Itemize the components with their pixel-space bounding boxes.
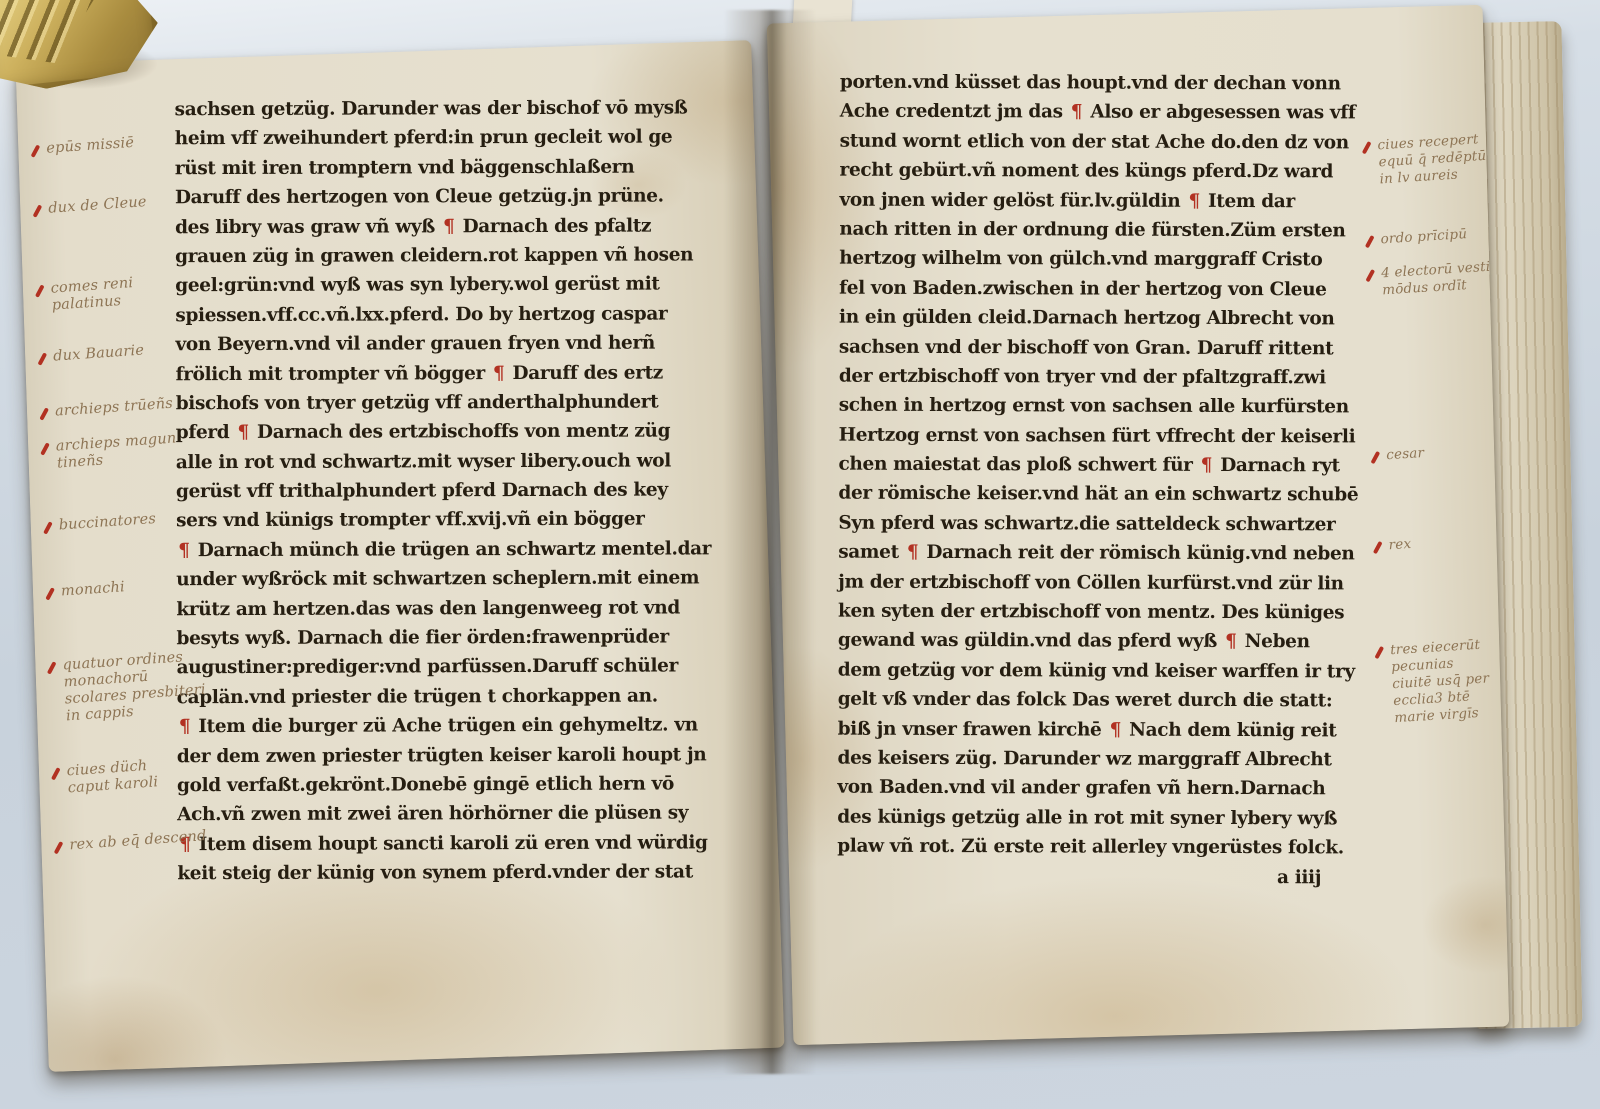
text-line: Hertzog ernst von sachsen fürt vffrecht … bbox=[839, 420, 1387, 451]
text-line: spiessen.vff.cc.vñ.lxx.pferd. Do by hert… bbox=[175, 299, 741, 330]
text-line: in ein gülden cleid.Darnach hertzog Albr… bbox=[839, 303, 1387, 334]
text-line: frölich mit trompter vñ bögger ¶ Daruff … bbox=[176, 358, 742, 389]
text-line: pferd ¶ Darnach des ertzbischoffs von me… bbox=[176, 417, 742, 448]
text-line: fel von Baden.zwischen in der hertzog vo… bbox=[839, 273, 1387, 304]
margin-note-line: epūs missiē bbox=[46, 132, 177, 158]
text-line: under wyßröck mit schwartzen scheplern.m… bbox=[176, 563, 742, 594]
text-line: recht gebürt.vñ noment des küngs pferd.D… bbox=[840, 156, 1388, 187]
margin-note: ciues recepertequū q̄ redēptūin lv aurei… bbox=[1377, 131, 1484, 188]
margin-note: monachi bbox=[60, 575, 191, 601]
margin-note-line: cesar bbox=[1386, 441, 1491, 464]
text-line: sachsen vnd der bischoff von Gran. Daruf… bbox=[839, 332, 1387, 363]
text-line: geel:grün:vnd wyß was syn lybery.wol ger… bbox=[175, 270, 741, 301]
text-line: besyts wyß. Darnach die fier örden:frawe… bbox=[176, 622, 742, 653]
rubric-tick bbox=[35, 284, 44, 297]
margin-note-line: monachi bbox=[60, 575, 191, 601]
text-line: grauen züg in grawen cleidern.rot kappen… bbox=[175, 240, 741, 271]
text-line: des libry was graw vñ wyß ¶ Darnach des … bbox=[175, 211, 741, 242]
margin-note-line: buccinatores bbox=[58, 509, 189, 535]
text-line: porten.vnd küsset das houpt.vnd der dech… bbox=[840, 68, 1388, 99]
margin-note: buccinatores bbox=[58, 509, 189, 535]
margin-note: ordo prīcipū bbox=[1380, 225, 1485, 248]
text-line: alle in rot vnd schwartz.mit wyser liber… bbox=[176, 446, 742, 477]
text-line: bischofs von tryer getzüg vff anderthalp… bbox=[176, 387, 742, 418]
text-line: ¶ Darnach münch die trügen an schwartz m… bbox=[176, 534, 742, 565]
text-line: der dem zwen priester trügten keiser kar… bbox=[177, 740, 743, 771]
rubric-tick bbox=[43, 521, 52, 534]
text-line: plaw vñ rot. Zü erste reit allerley vnge… bbox=[837, 832, 1385, 863]
text-line: schen in hertzog ernst von sachsen alle … bbox=[839, 391, 1387, 422]
text-line: Ache credentzt jm das ¶ Also er abgesess… bbox=[840, 97, 1388, 128]
margin-note-line: rex bbox=[1388, 531, 1493, 554]
pilcrow-rubric: ¶ bbox=[1069, 102, 1084, 123]
text-line: heim vff zweihundert pferd:in prun gecle… bbox=[175, 123, 741, 154]
text-line: ¶ Item die burger zü Ache trügen ein geh… bbox=[177, 710, 743, 741]
margin-note-line: ordo prīcipū bbox=[1380, 225, 1485, 248]
margin-note: cesar bbox=[1386, 441, 1491, 464]
margin-note: quatuor ordinesmonachorūscolares presbit… bbox=[62, 649, 196, 726]
text-line: Ach.vñ zwen mit zwei ären hörhörner die … bbox=[177, 799, 743, 830]
page-left: sachsen getzüg. Darunder was der bischof… bbox=[15, 40, 784, 1072]
text-line: Syn pferd was schwartz.die satteldeck sc… bbox=[838, 509, 1386, 540]
text-line: augustiner:prediger:vnd parfüssen.Daruff… bbox=[177, 652, 743, 683]
pilcrow-rubric: ¶ bbox=[1223, 631, 1238, 652]
margin-note-line: dux Bauarie bbox=[53, 340, 184, 366]
margin-note: archieps trūeñs bbox=[55, 395, 186, 421]
text-line: ¶ Item disem houpt sancti karoli zü eren… bbox=[177, 828, 743, 859]
text-line: biß jn vnser frawen kirchē ¶ Nach dem kü… bbox=[838, 714, 1386, 745]
margin-note: rex bbox=[1388, 531, 1493, 554]
text-column-left: sachsen getzüg. Darunder was der bischof… bbox=[175, 93, 744, 889]
text-line: keit steig der künig von synem pferd.vnd… bbox=[177, 857, 743, 888]
rubric-tick bbox=[40, 442, 49, 455]
text-line: von Beyern.vnd vil ander grauen fryen vn… bbox=[175, 328, 741, 359]
margin-note-line: archieps trūeñs bbox=[55, 395, 186, 421]
page-right: porten.vnd küsset das houpt.vnd der dech… bbox=[767, 5, 1510, 1045]
open-book: sachsen getzüg. Darunder was der bischof… bbox=[0, 0, 1600, 1109]
pilcrow-rubric: ¶ bbox=[905, 542, 920, 563]
text-line: gold verfaßt.gekrönt.Donebē gingē etlich… bbox=[177, 769, 743, 800]
text-line: sers vnd künigs trompter vff.xvij.vñ ein… bbox=[176, 505, 742, 536]
text-line: gerüst vff trithalphundert pferd Darnach… bbox=[176, 475, 742, 506]
text-line: der römische keiser.vnd hät an ein schwa… bbox=[838, 479, 1386, 510]
rubric-tick bbox=[54, 841, 63, 854]
pilcrow-rubric: ¶ bbox=[235, 422, 250, 443]
text-line: sachsen getzüg. Darunder was der bischof… bbox=[175, 93, 741, 124]
text-line: von jnen wider gelöst für.lv.güldin ¶ It… bbox=[839, 185, 1387, 216]
rubric-tick bbox=[33, 204, 42, 217]
text-line: caplän.vnd priester die trügen t chorkap… bbox=[177, 681, 743, 712]
pilcrow-rubric: ¶ bbox=[491, 363, 506, 384]
margin-note: comes renipalatinus bbox=[50, 272, 182, 315]
text-line: dem getzüg vor dem künig vnd keiser warf… bbox=[838, 655, 1386, 686]
text-line: gewand was güldin.vnd das pferd wyß ¶ Ne… bbox=[838, 626, 1386, 657]
margin-notes-right: ciues recepertequū q̄ redēptūin lv aurei… bbox=[767, 5, 1483, 24]
rubric-tick bbox=[51, 767, 60, 780]
signature-mark: a iiij bbox=[837, 861, 1385, 892]
margin-note: tres eiecerūtpecuniasciuitē usq̄ pereccl… bbox=[1390, 636, 1499, 727]
text-line: ken syten der ertzbischoff von mentz. De… bbox=[838, 597, 1386, 628]
text-line: krütz am hertzen.das was den langenweeg … bbox=[176, 593, 742, 624]
margin-note: dux Bauarie bbox=[53, 340, 184, 366]
pilcrow-rubric: ¶ bbox=[1199, 455, 1214, 476]
text-line: nach ritten in der ordnung die fürsten.Z… bbox=[839, 215, 1387, 246]
margin-note: archieps maguntineñs bbox=[55, 430, 187, 473]
text-line: gelt vß vnder das folck Das weret durch … bbox=[838, 685, 1386, 716]
rubric-tick bbox=[45, 587, 54, 600]
rubric-tick bbox=[39, 407, 48, 420]
rubric-tick bbox=[37, 352, 46, 365]
text-line: rüst mit iren tromptern vnd bäggenschlaß… bbox=[175, 152, 741, 183]
pilcrow-rubric: ¶ bbox=[441, 216, 456, 237]
text-line: samet ¶ Darnach reit der römisch künig.v… bbox=[838, 538, 1386, 569]
margin-note: 4 electorū vestimōdus ordīt bbox=[1381, 259, 1487, 299]
margin-note: dux de Cleue bbox=[48, 192, 179, 218]
text-line: stund wornt etlich von der stat Ache do.… bbox=[840, 126, 1388, 157]
rubric-tick bbox=[47, 661, 56, 674]
text-column-right: porten.vnd küsset das houpt.vnd der dech… bbox=[837, 68, 1388, 893]
text-line: chen maiestat das ploß schwert für ¶ Dar… bbox=[838, 450, 1386, 481]
text-line: Daruff des hertzogen von Cleue getzüg.jn… bbox=[175, 181, 741, 212]
pilcrow-rubric: ¶ bbox=[1186, 190, 1201, 211]
text-line: von Baden.vnd vil ander grafen vñ hern.D… bbox=[837, 773, 1385, 804]
pilcrow-rubric: ¶ bbox=[177, 716, 192, 737]
text-line: jm der ertzbischoff von Cöllen kurfürst.… bbox=[838, 567, 1386, 598]
pilcrow-rubric: ¶ bbox=[1108, 719, 1123, 740]
margin-note-line: dux de Cleue bbox=[48, 192, 179, 218]
margin-note: epūs missiē bbox=[46, 132, 177, 158]
text-line: des keisers züg. Darunder wz marggraff A… bbox=[837, 744, 1385, 775]
rubric-tick bbox=[31, 144, 40, 157]
text-line: hertzog wilhelm von gülch.vnd marggraff … bbox=[839, 244, 1387, 275]
text-line: der ertzbischoff von tryer vnd der pfalt… bbox=[839, 362, 1387, 393]
pilcrow-rubric: ¶ bbox=[176, 540, 191, 561]
text-line: des künigs getzüg alle in rot mit syner … bbox=[837, 802, 1385, 833]
